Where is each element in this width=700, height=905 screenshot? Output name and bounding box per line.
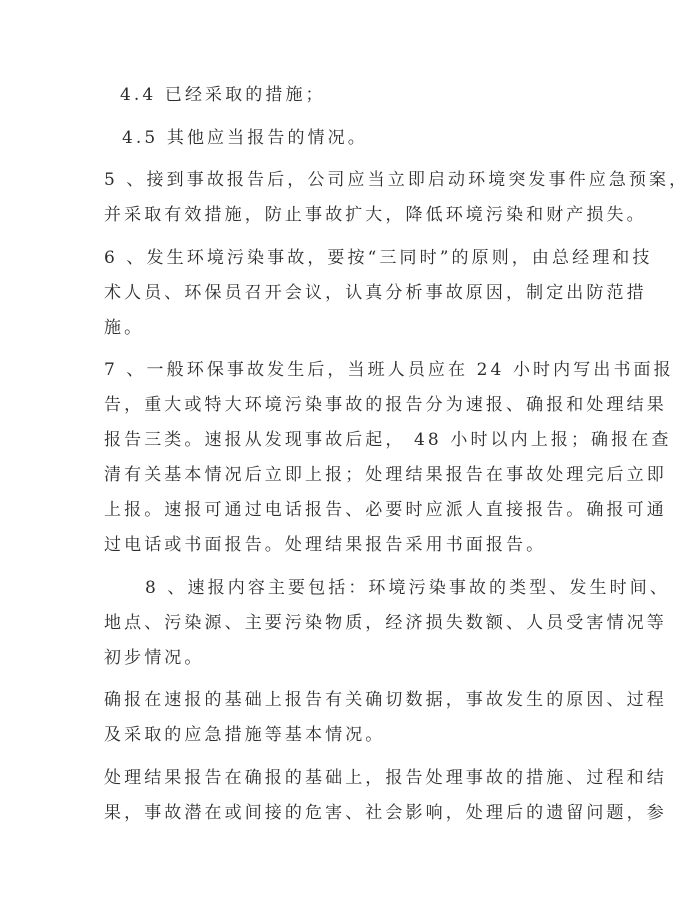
item-8-line-2: 地点、污染源、主要污染物质，经济损失数额、人员受害情况等 bbox=[104, 613, 667, 633]
item-7-line-6: 过电话或书面报告。处理结果报告采用书面报告。 bbox=[104, 535, 546, 555]
item-5-line-2: 并采取有效措施，防止事故扩大，降低环境污染和财产损失。 bbox=[104, 205, 647, 225]
item-8-line-3: 初步情况。 bbox=[104, 648, 205, 668]
item-7-line-1: 7 、一般环保事故发生后，当班人员应在 24 小时内写出书面报 bbox=[104, 360, 674, 380]
item-4-4-line-1: 4.4 已经采取的措施； bbox=[120, 85, 326, 105]
item-7-line-5: 上报。速报可通过电话报告、必要时应派人直接报告。确报可通 bbox=[104, 500, 667, 520]
item-6-line-2: 术人员、环保员召开会议，认真分析事故原因，制定出防范措 bbox=[104, 283, 647, 303]
confirm-report-line-1: 确报在速报的基础上报告有关确切数据，事故发生的原因、过程 bbox=[104, 690, 667, 710]
item-7-line-2: 告，重大或特大环境污染事故的报告分为速报、确报和处理结果 bbox=[104, 395, 667, 415]
item-6-line-3: 施。 bbox=[104, 318, 144, 338]
confirm-report-line-2: 及采取的应急措施等基本情况。 bbox=[104, 725, 385, 745]
item-5-line-1: 5 、接到事故报告后，公司应当立即启动环境突发事件应急预案， bbox=[104, 170, 689, 190]
item-6-line-1: 6 、发生环境污染事故，要按“三同时”的原则，由总经理和技 bbox=[104, 248, 653, 268]
result-report-line-2: 果，事故潜在或间接的危害、社会影响，处理后的遗留问题，参 bbox=[104, 803, 667, 823]
result-report-line-1: 处理结果报告在确报的基础上，报告处理事故的措施、过程和结 bbox=[104, 768, 667, 788]
item-4-5-line-1: 4.5 其他应当报告的情况。 bbox=[122, 128, 368, 148]
document-page: 4.4 已经采取的措施； 4.5 其他应当报告的情况。 5 、接到事故报告后，公… bbox=[0, 0, 700, 905]
item-7-line-4: 清有关基本情况后立即上报；处理结果报告在事故处理完后立即 bbox=[104, 465, 667, 485]
item-8-line-1: 8 、速报内容主要包括：环境污染事故的类型、发生时间、 bbox=[145, 578, 670, 598]
item-7-line-3: 报告三类。速报从发现事故后起， 48 小时以内上报；确报在查 bbox=[104, 430, 671, 450]
